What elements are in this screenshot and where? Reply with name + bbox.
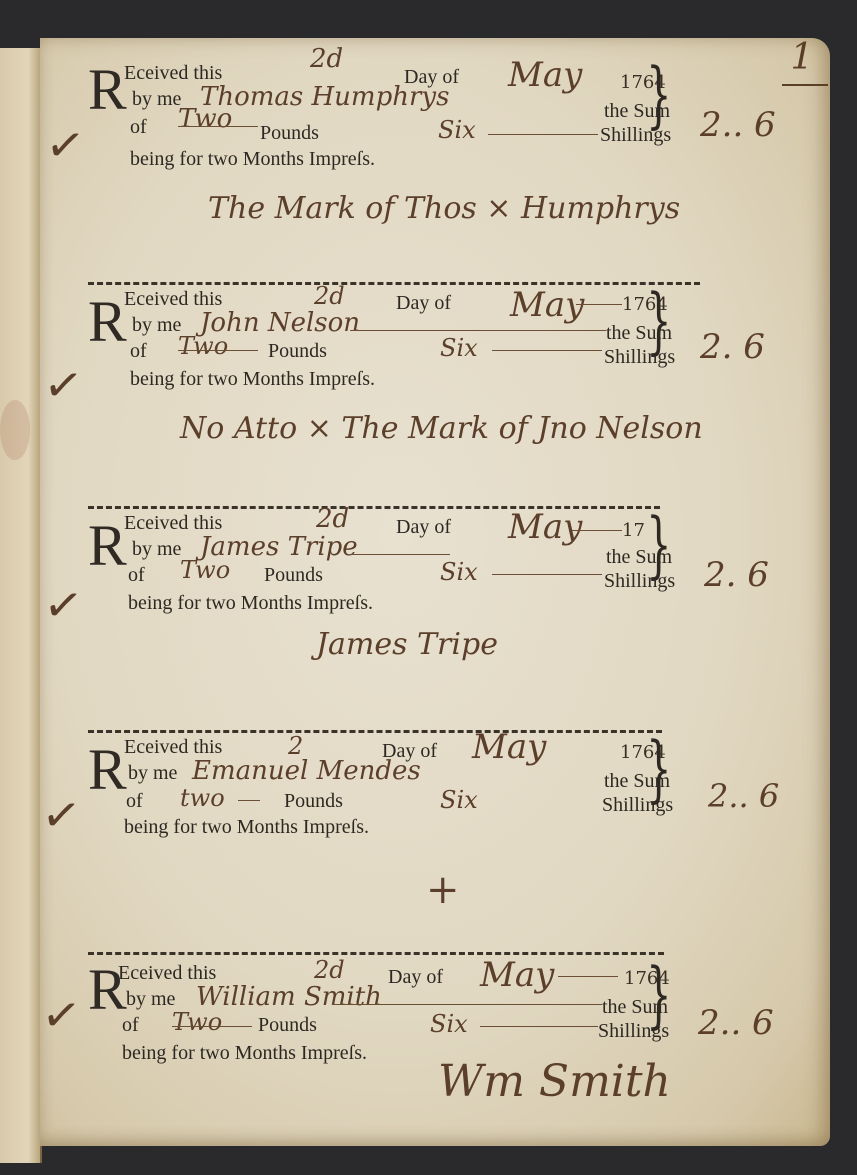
- day-of-label: Day of: [396, 292, 451, 314]
- being-for-label: being for two Months Impreſs.: [130, 368, 375, 390]
- day-of-label: Day of: [396, 516, 451, 538]
- drop-cap: R: [88, 742, 127, 798]
- amount: 2. 6: [700, 330, 765, 364]
- day-of-label: Day of: [388, 966, 443, 988]
- of-label: of: [122, 1014, 139, 1036]
- divider-rule: [88, 730, 662, 733]
- received-this-label: Eceived this: [124, 736, 222, 758]
- brace: }: [646, 508, 671, 580]
- brace: }: [646, 284, 671, 356]
- received-this-label: Eceived this: [124, 62, 222, 84]
- receipt-1: R Eceived this 2d Day of May 1764 by me …: [88, 38, 808, 238]
- brace: }: [646, 58, 671, 130]
- receipt-4: R Eceived this 2 Day of May 1764 by me E…: [88, 730, 808, 930]
- signature: James Tripe: [316, 630, 498, 660]
- amount: 2.. 6: [708, 780, 779, 812]
- pounds-written: Two: [178, 334, 228, 358]
- pounds-written: two: [180, 786, 225, 810]
- amount: 2. 6: [704, 558, 769, 592]
- receipt-month: May: [510, 288, 584, 322]
- by-me-label: by me: [132, 314, 181, 336]
- pounds-written: Two: [180, 558, 230, 582]
- mark-cross-icon: +: [426, 870, 460, 910]
- divider-rule: [88, 282, 700, 285]
- receipt-day: 2d: [314, 284, 345, 308]
- pounds-label: Pounds: [268, 340, 327, 362]
- receipt-day: 2d: [316, 506, 349, 532]
- checkmark-icon: ✓: [38, 786, 84, 845]
- by-me-label: by me: [132, 88, 181, 110]
- receipt-name: Emanuel Mendes: [192, 758, 421, 784]
- pounds-label: Pounds: [284, 790, 343, 812]
- checkmark-icon: ✓: [38, 986, 84, 1045]
- receipt-day: 2d: [314, 958, 345, 982]
- receipt-day: 2d: [310, 46, 343, 72]
- checkmark-icon: ✓: [40, 576, 86, 635]
- amount: 2.. 6: [698, 1006, 774, 1040]
- by-me-label: by me: [128, 762, 177, 784]
- drop-cap: R: [88, 62, 127, 118]
- receipt-month: May: [508, 510, 582, 544]
- being-for-label: being for two Months Impreſs.: [122, 1042, 367, 1064]
- receipt-name: Thomas Humphrys: [200, 84, 449, 110]
- of-label: of: [128, 564, 145, 586]
- being-for-label: being for two Months Impreſs.: [128, 592, 373, 614]
- pounds-label: Pounds: [258, 1014, 317, 1036]
- shillings-written: Six: [430, 1012, 468, 1036]
- facing-page-edge: [0, 48, 42, 1163]
- shillings-written: Six: [440, 560, 478, 584]
- drop-cap: R: [88, 518, 127, 574]
- stain: [0, 400, 30, 460]
- of-label: of: [126, 790, 143, 812]
- signature: Wm Smith: [438, 1060, 671, 1104]
- shillings-written: Six: [438, 118, 476, 142]
- checkmark-icon: ✓: [40, 356, 86, 415]
- receipt-month: May: [472, 730, 546, 764]
- receipt-day: 2: [288, 734, 303, 758]
- received-this-label: Eceived this: [118, 962, 216, 984]
- being-for-label: being for two Months Impreſs.: [130, 148, 375, 170]
- pounds-label: Pounds: [264, 564, 323, 586]
- receipt-5: R Eceived this 2d Day of May 1764 by me …: [88, 952, 808, 1152]
- pounds-written: Two: [178, 106, 232, 132]
- divider-rule: [88, 952, 664, 955]
- brace: }: [646, 732, 671, 804]
- checkmark-icon: ✓: [42, 116, 88, 175]
- receipt-month: May: [508, 58, 582, 92]
- by-me-label: by me: [126, 988, 175, 1010]
- brace: }: [646, 958, 671, 1030]
- receipt-name: William Smith: [196, 984, 382, 1010]
- shillings-written: Six: [440, 788, 478, 812]
- being-for-label: being for two Months Impreſs.: [124, 816, 369, 838]
- of-label: of: [130, 340, 147, 362]
- signature: The Mark of Thos × Humphrys: [208, 194, 680, 224]
- shillings-written: Six: [440, 336, 478, 360]
- receipt-2: R Eceived this 2d Day of May 1764 by me …: [88, 282, 808, 482]
- signature: No Atto × The Mark of Jno Nelson: [180, 414, 703, 444]
- receipt-year: 17: [622, 522, 645, 540]
- receipt-3: R Eceived this 2d Day of May 17 by me Ja…: [88, 506, 808, 706]
- by-me-label: by me: [132, 538, 181, 560]
- pounds-label: Pounds: [260, 122, 319, 144]
- amount: 2.. 6: [700, 108, 776, 142]
- received-this-label: Eceived this: [124, 288, 222, 310]
- receipt-month: May: [480, 958, 554, 992]
- of-label: of: [130, 116, 147, 138]
- drop-cap: R: [88, 294, 127, 350]
- pounds-written: Two: [172, 1010, 222, 1034]
- received-this-label: Eceived this: [124, 512, 222, 534]
